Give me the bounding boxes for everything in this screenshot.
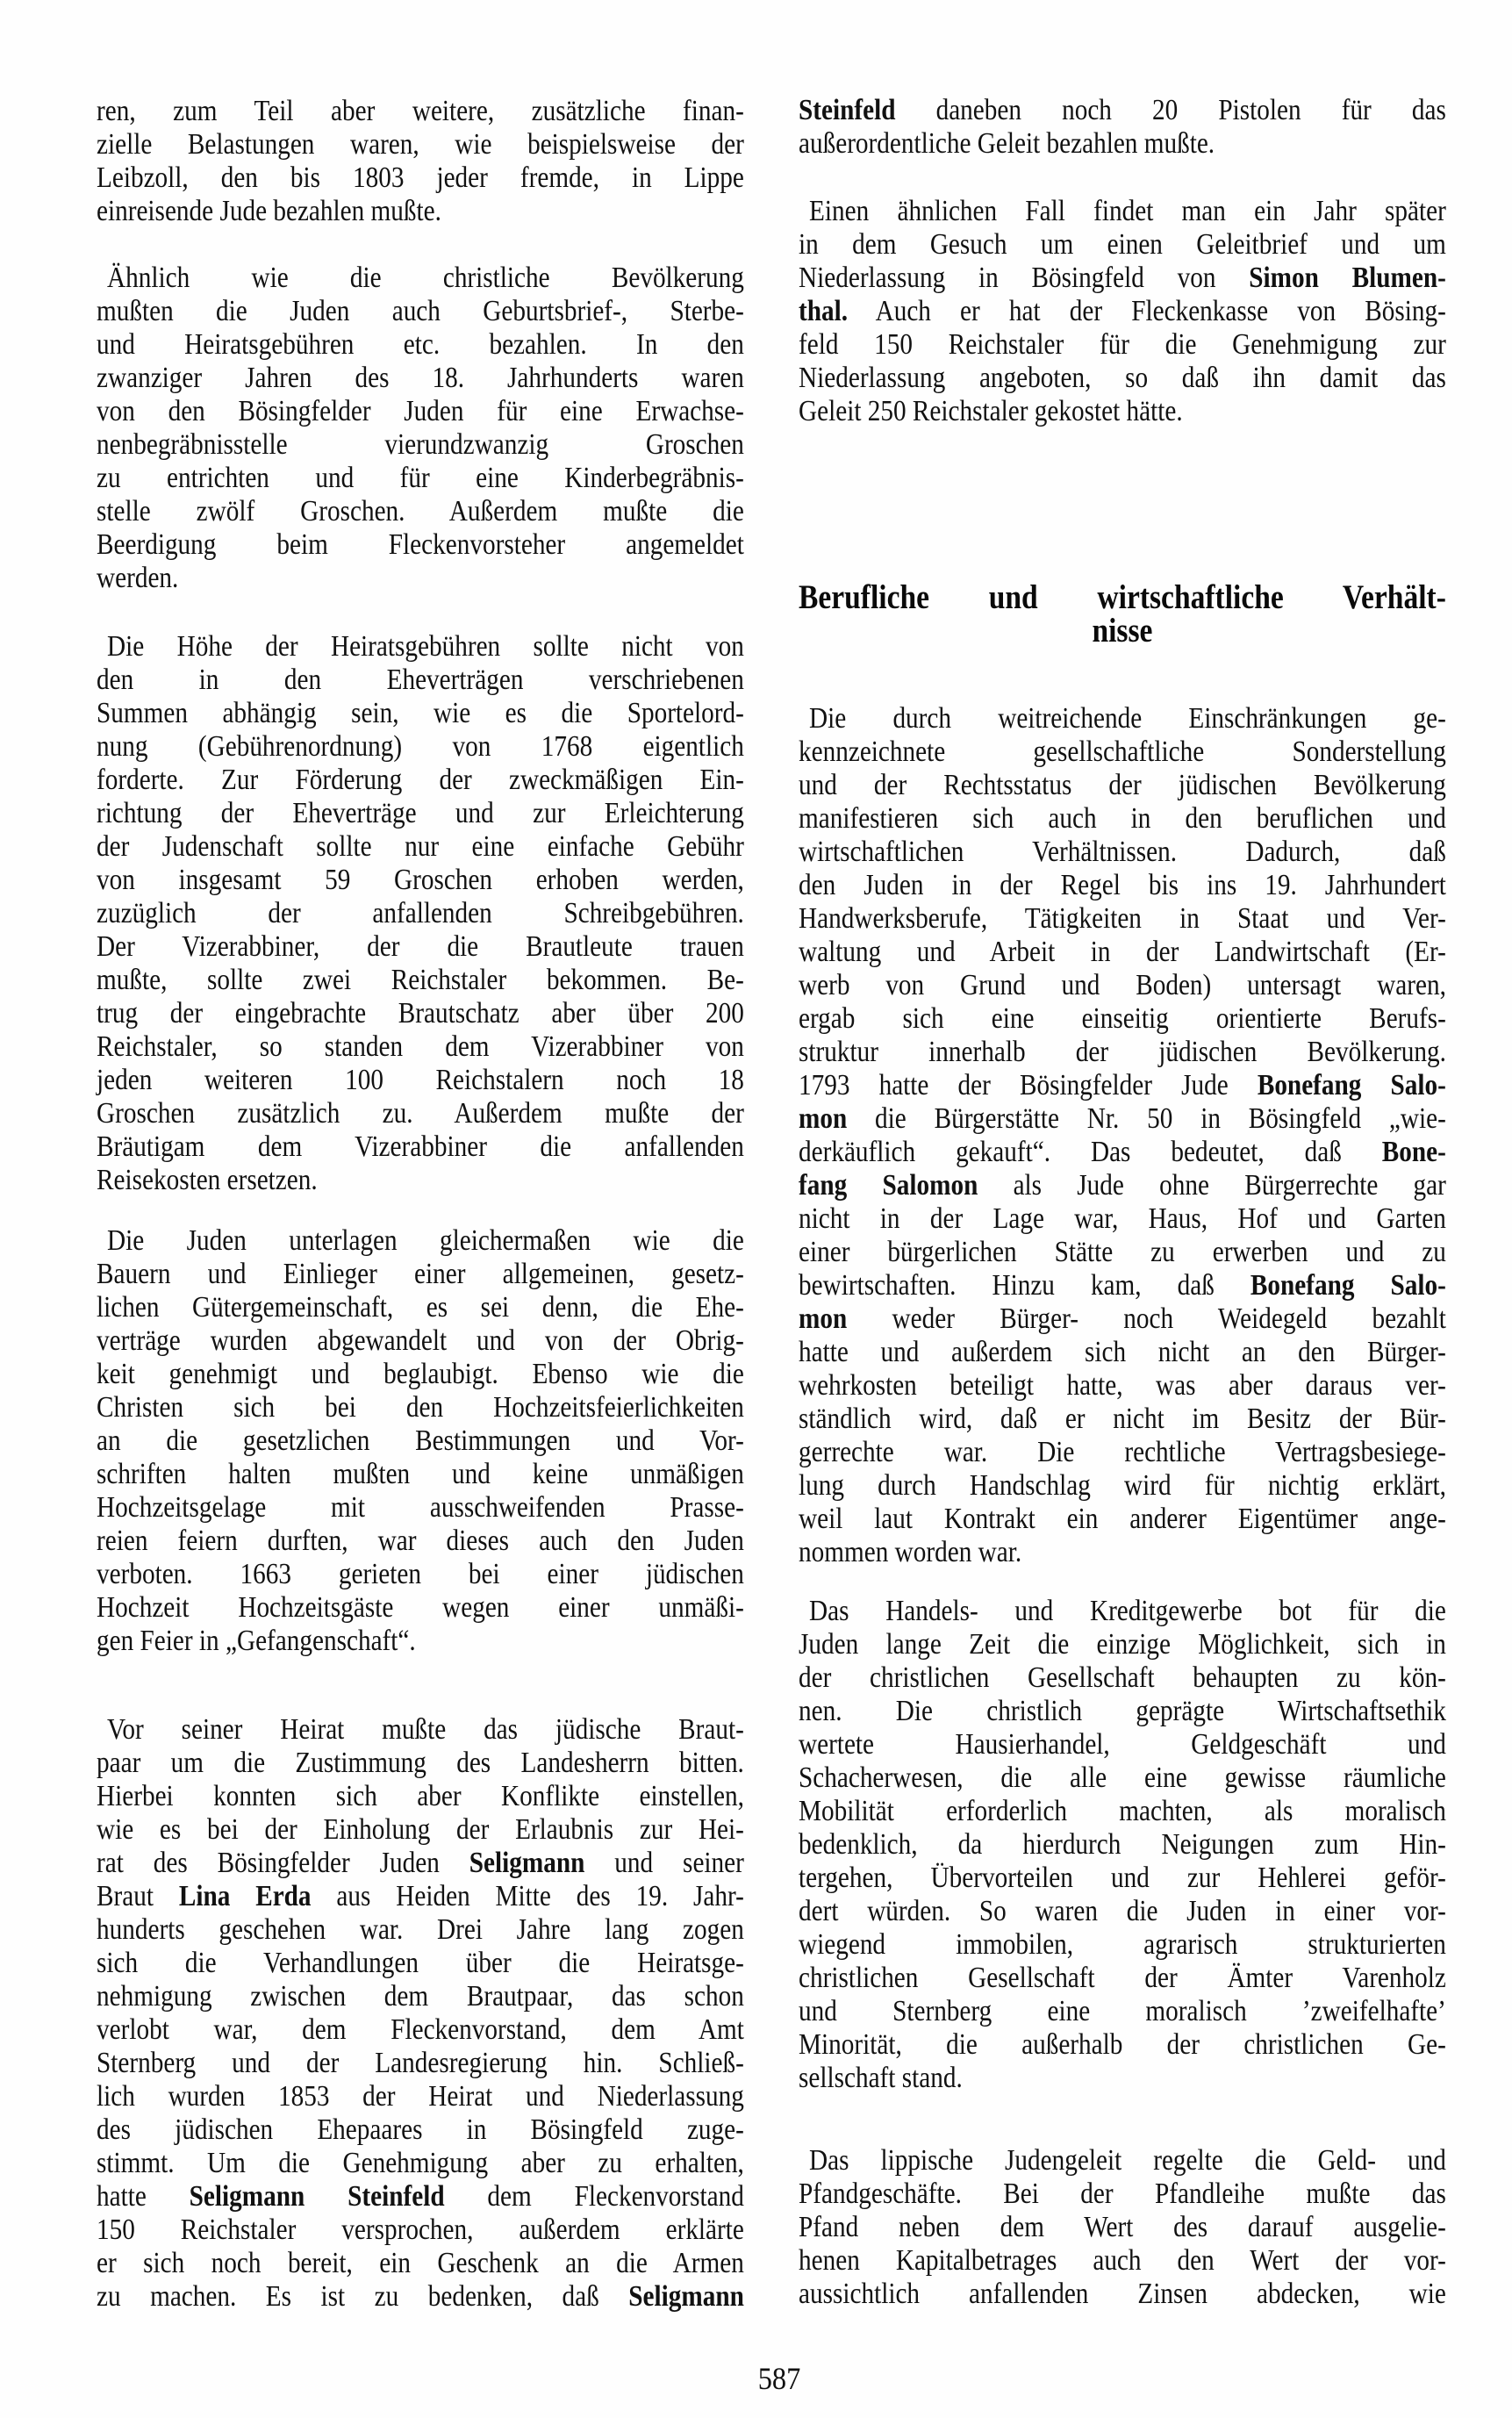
text-line: kennzeichnete gesellschaftliche Sonderst… [799, 735, 1446, 769]
text-segment: der christlichen Gesellschaft behaupten … [799, 1661, 1446, 1694]
text-line: Hochzeit Hochzeitsgäste wegen einer unmä… [97, 1591, 744, 1625]
text-segment: mußte, sollte zwei Reichstaler bekommen.… [97, 964, 744, 996]
text-segment: Bauern und Einlieger einer allgemeinen, … [97, 1258, 744, 1290]
text-segment: manifestieren sich auch in den beruflich… [799, 802, 1446, 835]
text-line: ständlich wird, daß er nicht im Besitz d… [799, 1403, 1446, 1436]
bold-name: thal. [799, 295, 848, 327]
text-segment: von insgesamt 59 Groschen erhoben werden… [97, 864, 744, 896]
text-line: wehrkosten beteiligt hatte, was aber dar… [799, 1369, 1446, 1403]
text-segment: stimmt. Um die Genehmigung aber zu erhal… [97, 2147, 744, 2179]
text-segment: zielle Belastungen waren, wie beispielsw… [97, 128, 744, 161]
text-segment: lichen Gütergemeinschaft, es sei denn, d… [97, 1291, 744, 1324]
text-segment: den in den Eheverträgen verschriebenen [97, 664, 744, 696]
text-line: Ähnlich wie die christliche Bevölkerung [97, 262, 744, 295]
text-segment: Hochzeit Hochzeitsgäste wegen einer unmä… [97, 1591, 744, 1624]
text-line: forderte. Zur Förderung der zweckmäßigen… [97, 764, 744, 797]
bold-name: Bonefang Salo- [1250, 1269, 1446, 1302]
paragraph: Einen ähnlichen Fall findet man ein Jahr… [799, 195, 1446, 428]
text-segment: Hochzeitsgelage mit ausschweifenden Pras… [97, 1491, 744, 1524]
text-line: henen Kapitalbetrages auch den Wert der … [799, 2244, 1446, 2278]
text-segment: Summen abhängig sein, wie es die Sportel… [97, 697, 744, 729]
text-segment: Braut [97, 1880, 179, 1912]
text-line: des jüdischen Ehepaares in Bösingfeld zu… [97, 2113, 744, 2147]
text-line: nenbegräbnisstelle vierundzwanzig Grosch… [97, 428, 744, 462]
text-segment: 150 Reichstaler versprochen, außerdem er… [97, 2214, 744, 2246]
text-segment: Das lippische Judengeleit regelte die Ge… [809, 2144, 1446, 2177]
text-segment: ergab sich eine einseitig orientierte Be… [799, 1002, 1446, 1035]
text-segment: sellschaft stand. [799, 2062, 963, 2094]
text-segment: Christen sich bei den Hochzeitsfeierlich… [97, 1391, 744, 1424]
text-line: er sich noch bereit, ein Geschenk an die… [97, 2247, 744, 2280]
text-segment: verboten. 1663 gerieten bei einer jüdisc… [97, 1558, 744, 1590]
text-segment: mußten die Juden auch Geburtsbrief-, Ste… [97, 295, 744, 327]
bold-name: fang Salomon [799, 1169, 978, 1202]
text-segment: Reisekosten ersetzen. [97, 1164, 318, 1196]
text-line: nicht in der Lage war, Haus, Hof und Gar… [799, 1202, 1446, 1236]
text-line: Steinfeld daneben noch 20 Pistolen für d… [799, 94, 1446, 127]
text-segment: ständlich wird, daß er nicht im Besitz d… [799, 1403, 1446, 1435]
text-segment: weil laut Kontrakt ein anderer Eigentüme… [799, 1503, 1446, 1535]
text-segment: Die durch weitreichende Einschränkungen … [809, 702, 1446, 735]
text-line: Pfandgeschäfte. Bei der Pfandleihe mußte… [799, 2178, 1446, 2211]
text-segment: gerrechte war. Die rechtliche Vertragsbe… [799, 1436, 1446, 1468]
text-segment: jeden weiteren 100 Reichstalern noch 18 [97, 1064, 744, 1096]
paragraph: Die Höhe der Heiratsgebühren sollte nich… [97, 630, 744, 1197]
text-line: stimmt. Um die Genehmigung aber zu erhal… [97, 2147, 744, 2180]
bold-name: Seligmann Steinfeld [190, 2180, 445, 2213]
text-line: verträge wurden abgewandelt und von der … [97, 1324, 744, 1358]
text-segment: Beerdigung beim Fleckenvorsteher angemel… [97, 528, 744, 561]
text-segment: Bräutigam dem Vizerabbiner die anfallend… [97, 1130, 744, 1163]
text-line: werb von Grund und Boden) untersagt ware… [799, 969, 1446, 1002]
text-segment: Die Juden unterlagen gleichermaßen wie d… [107, 1224, 744, 1257]
text-segment: in dem Gesuch um einen Geleitbrief und u… [799, 228, 1446, 261]
text-segment: kennzeichnete gesellschaftliche Sonderst… [799, 735, 1446, 768]
text-segment: von den Bösingfelder Juden für eine Erwa… [97, 395, 744, 427]
text-segment: Ähnlich wie die christliche Bevölkerung [107, 262, 744, 294]
text-segment: Handwerksberufe, Tätigkeiten in Staat un… [799, 902, 1446, 935]
text-line: nung (Gebührenordnung) von 1768 eigentli… [97, 730, 744, 764]
text-line: außerordentliche Geleit bezahlen mußte. [799, 127, 1446, 161]
bold-name: mon [799, 1102, 847, 1135]
text-segment: 1793 hatte der Bösingfelder Jude [799, 1069, 1258, 1101]
text-segment: wiegend immobilen, agrarisch strukturier… [799, 1928, 1446, 1961]
bold-name: Steinfeld [799, 94, 895, 126]
text-line: manifestieren sich auch in den beruflich… [799, 802, 1446, 836]
paragraph: Das Handels- und Kreditgewerbe bot für d… [799, 1595, 1446, 2095]
text-line: Die Juden unterlagen gleichermaßen wie d… [97, 1224, 744, 1258]
text-line: mußte, sollte zwei Reichstaler bekommen.… [97, 964, 744, 997]
text-line: Juden lange Zeit die einzige Möglichkeit… [799, 1628, 1446, 1661]
text-line: Groschen zusätzlich zu. Außerdem mußte d… [97, 1097, 744, 1130]
paragraph: Vor seiner Heirat mußte das jüdische Bra… [97, 1713, 744, 2314]
text-segment: weder Bürger- noch Weidegeld bezahlt [847, 1302, 1446, 1335]
text-segment: außerordentliche Geleit bezahlen mußte. [799, 127, 1215, 160]
text-line: Handwerksberufe, Tätigkeiten in Staat un… [799, 902, 1446, 936]
text-segment: und der Rechtsstatus der jüdischen Bevöl… [799, 769, 1446, 801]
text-segment: Die Höhe der Heiratsgebühren sollte nich… [107, 630, 744, 663]
text-segment: waltung und Arbeit in der Landwirtschaft… [799, 936, 1446, 968]
text-segment: henen Kapitalbetrages auch den Wert der … [799, 2244, 1446, 2277]
text-line: Die Höhe der Heiratsgebühren sollte nich… [97, 630, 744, 664]
text-line: sich die Verhandlungen über die Heiratsg… [97, 1947, 744, 1980]
text-segment: dert würden. So waren die Juden in einer… [799, 1895, 1446, 1927]
text-line: zwanziger Jahren des 18. Jahrhunderts wa… [97, 362, 744, 395]
text-segment: nommen worden war. [799, 1536, 1021, 1568]
text-segment: aussichtlich anfallenden Zinsen abdecken… [799, 2278, 1446, 2310]
text-line: Einen ähnlichen Fall findet man ein Jahr… [799, 195, 1446, 228]
text-segment: zu entrichten und für eine Kinderbegräbn… [97, 462, 744, 494]
text-line: nommen worden war. [799, 1536, 1446, 1569]
text-segment: an die gesetzlichen Bestimmungen und Vor… [97, 1424, 744, 1457]
text-line: verlobt war, dem Fleckenvorstand, dem Am… [97, 2013, 744, 2047]
bold-name: mon [799, 1302, 847, 1335]
text-line: hatte und außerdem sich nicht an den Bür… [799, 1336, 1446, 1369]
text-line: lich wurden 1853 der Heirat und Niederla… [97, 2080, 744, 2113]
text-line: Schacherwesen, die alle eine gewisse räu… [799, 1761, 1446, 1795]
text-segment: als Jude ohne Bürgerrechte gar [978, 1169, 1446, 1202]
text-segment: Vor seiner Heirat mußte das jüdische Bra… [107, 1713, 744, 1746]
section-heading-line-1: Berufliche und wirtschaftliche Verhält- [799, 581, 1446, 614]
text-segment: tergehen, Übervorteilen und zur Hehlerei… [799, 1862, 1446, 1894]
text-segment: verlobt war, dem Fleckenvorstand, dem Am… [97, 2013, 744, 2046]
bold-name: Lina Erda [179, 1880, 312, 1912]
text-segment: ren, zum Teil aber weitere, zusätzliche … [97, 95, 744, 127]
text-line: mußten die Juden auch Geburtsbrief-, Ste… [97, 295, 744, 328]
bold-name: Bone- [1382, 1136, 1446, 1168]
text-segment: Geleit 250 Reichstaler gekostet hätte. [799, 395, 1183, 427]
text-line: keit genehmigt und beglaubigt. Ebenso wi… [97, 1358, 744, 1391]
paragraph: Das lippische Judengeleit regelte die Ge… [799, 2144, 1446, 2311]
text-line: Reichstaler, so standen dem Vizerabbiner… [97, 1030, 744, 1064]
text-segment: nenbegräbnisstelle vierundzwanzig Grosch… [97, 428, 744, 461]
text-segment: feld 150 Reichstaler für die Genehmigung… [799, 328, 1446, 361]
text-segment: Juden lange Zeit die einzige Möglichkeit… [799, 1628, 1446, 1661]
text-line: dert würden. So waren die Juden in einer… [799, 1895, 1446, 1928]
text-line: ergab sich eine einseitig orientierte Be… [799, 1002, 1446, 1036]
text-line: reien feiern durften, war dieses auch de… [97, 1525, 744, 1558]
text-line: lung durch Handschlag wird für nichtig e… [799, 1469, 1446, 1503]
text-segment: keit genehmigt und beglaubigt. Ebenso wi… [97, 1358, 744, 1390]
text-segment: hunderts geschehen war. Drei Jahre lang … [97, 1913, 744, 1946]
text-segment: gen Feier in „Gefangenschaft“. [97, 1625, 416, 1657]
text-line: einreisende Jude bezahlen mußte. [97, 195, 744, 228]
text-segment: reien feiern durften, war dieses auch de… [97, 1525, 744, 1557]
text-segment: werden. [97, 562, 178, 594]
text-segment: verträge wurden abgewandelt und von der … [97, 1324, 744, 1357]
text-segment: des jüdischen Ehepaares in Bösingfeld zu… [97, 2113, 744, 2146]
text-line: verboten. 1663 gerieten bei einer jüdisc… [97, 1558, 744, 1591]
paragraph: Steinfeld daneben noch 20 Pistolen für d… [799, 94, 1446, 161]
text-line: wertete Hausierhandel, Geldgeschäft und [799, 1728, 1446, 1761]
text-segment: trug der eingebrachte Brautschatz aber ü… [97, 997, 744, 1030]
text-segment: Pfandgeschäfte. Bei der Pfandleihe mußte… [799, 2178, 1446, 2210]
bold-name: Seligmann [628, 2280, 744, 2313]
text-line: Hochzeitsgelage mit ausschweifenden Pras… [97, 1491, 744, 1525]
text-segment: Der Vizerabbiner, der die Brautleute tra… [97, 930, 744, 963]
text-line: sellschaft stand. [799, 2062, 1446, 2095]
text-line: 150 Reichstaler versprochen, außerdem er… [97, 2214, 744, 2247]
text-line: Summen abhängig sein, wie es die Sportel… [97, 697, 744, 730]
text-segment: Einen ähnlichen Fall findet man ein Jahr… [809, 195, 1446, 227]
text-line: gerrechte war. Die rechtliche Vertragsbe… [799, 1436, 1446, 1469]
text-line: Das Handels- und Kreditgewerbe bot für d… [799, 1595, 1446, 1628]
text-segment: Hierbei konnten sich aber Konflikte eins… [97, 1780, 744, 1812]
text-line: rat des Bösingfelder Juden Seligmann und… [97, 1847, 744, 1880]
text-line: feld 150 Reichstaler für die Genehmigung… [799, 328, 1446, 362]
text-line: mon weder Bürger- noch Weidegeld bezahlt [799, 1302, 1446, 1336]
bold-name: Seligmann [469, 1847, 585, 1879]
text-line: nehmigung zwischen dem Brautpaar, das sc… [97, 1980, 744, 2013]
text-line: Leibzoll, den bis 1803 jeder fremde, in … [97, 161, 744, 195]
text-segment: Mobilität erforderlich machten, als mora… [799, 1795, 1446, 1827]
text-line: Minorität, die außerhalb der christliche… [799, 2028, 1446, 2062]
paragraph: ren, zum Teil aber weitere, zusätzliche … [97, 95, 744, 228]
text-line: schriften halten mußten und keine unmäßi… [97, 1458, 744, 1491]
text-segment: nung (Gebührenordnung) von 1768 eigentli… [97, 730, 744, 763]
text-segment: hatte und außerdem sich nicht an den Bür… [799, 1336, 1446, 1368]
text-line: stelle zwölf Groschen. Außerdem mußte di… [97, 495, 744, 528]
text-line: fang Salomon als Jude ohne Bürgerrechte … [799, 1169, 1446, 1202]
text-line: Sternberg und der Landesregierung hin. S… [97, 2047, 744, 2080]
text-line: der Judenschaft sollte nur eine einfache… [97, 830, 744, 864]
text-line: zu entrichten und für eine Kinderbegräbn… [97, 462, 744, 495]
text-line: wie es bei der Einholung der Erlaubnis z… [97, 1813, 744, 1847]
text-line: tergehen, Übervorteilen und zur Hehlerei… [799, 1862, 1446, 1895]
text-line: Geleit 250 Reichstaler gekostet hätte. [799, 395, 1446, 428]
text-segment: paar um die Zustimmung des Landesherrn b… [97, 1747, 744, 1779]
text-line: lichen Gütergemeinschaft, es sei denn, d… [97, 1291, 744, 1324]
text-line: waltung und Arbeit in der Landwirtschaft… [799, 936, 1446, 969]
text-segment: forderte. Zur Förderung der zweckmäßigen… [97, 764, 744, 796]
text-line: an die gesetzlichen Bestimmungen und Vor… [97, 1424, 744, 1458]
text-segment: lich wurden 1853 der Heirat und Niederla… [97, 2080, 744, 2113]
text-segment: zu machen. Es ist zu bedenken, daß [97, 2280, 628, 2313]
text-segment: Minorität, die außerhalb der christliche… [799, 2028, 1446, 2061]
text-line: Hierbei konnten sich aber Konflikte eins… [97, 1780, 744, 1813]
text-line: Das lippische Judengeleit regelte die Ge… [799, 2144, 1446, 2178]
section-heading-line-2: nisse [799, 614, 1446, 648]
text-segment: dem Fleckenvorstand [445, 2180, 744, 2213]
page-number: 587 [740, 2361, 819, 2396]
text-line: gen Feier in „Gefangenschaft“. [97, 1625, 744, 1658]
text-segment: richtung der Eheverträge und zur Erleich… [97, 797, 744, 829]
text-line: Niederlassung angeboten, so daß ihn dami… [799, 362, 1446, 395]
section-heading: Berufliche und wirtschaftliche Verhält- … [799, 581, 1446, 648]
text-line: von insgesamt 59 Groschen erhoben werden… [97, 864, 744, 897]
text-line: jeden weiteren 100 Reichstalern noch 18 [97, 1064, 744, 1097]
text-segment: rat des Bösingfelder Juden [97, 1847, 469, 1879]
text-segment: und Sternberg eine moralisch ’zweifelhaf… [799, 1995, 1446, 2027]
text-segment: aus Heiden Mitte des 19. Jahr- [312, 1880, 744, 1912]
text-line: weil laut Kontrakt ein anderer Eigentüme… [799, 1503, 1446, 1536]
text-line: aussichtlich anfallenden Zinsen abdecken… [799, 2278, 1446, 2311]
text-segment: den Juden in der Regel bis ins 19. Jahrh… [799, 869, 1446, 901]
text-line: und der Rechtsstatus der jüdischen Bevöl… [799, 769, 1446, 802]
text-line: zuzüglich der anfallenden Schreibgebühre… [97, 897, 744, 930]
text-segment: Schacherwesen, die alle eine gewisse räu… [799, 1761, 1446, 1794]
text-line: der christlichen Gesellschaft behaupten … [799, 1661, 1446, 1695]
text-line: Pfand neben dem Wert des darauf ausgelie… [799, 2211, 1446, 2244]
text-line: hatte Seligmann Steinfeld dem Fleckenvor… [97, 2180, 744, 2214]
text-segment: hatte [97, 2180, 190, 2213]
text-segment: Reichstaler, so standen dem Vizerabbiner… [97, 1030, 744, 1063]
document-page: ren, zum Teil aber weitere, zusätzliche … [0, 0, 1512, 2418]
text-line: Die durch weitreichende Einschränkungen … [799, 702, 1446, 735]
text-segment: schriften halten mußten und keine unmäßi… [97, 1458, 744, 1490]
text-segment: struktur innerhalb der jüdischen Bevölke… [799, 1036, 1446, 1068]
text-line: christlichen Gesellschaft der Ämter Vare… [799, 1962, 1446, 1995]
text-line: Braut Lina Erda aus Heiden Mitte des 19.… [97, 1880, 744, 1913]
text-line: und Heiratsgebühren etc. bezahlen. In de… [97, 328, 744, 362]
text-segment: Das Handels- und Kreditgewerbe bot für d… [809, 1595, 1446, 1627]
text-segment: Auch er hat der Fleckenkasse von Bösing- [848, 295, 1446, 327]
text-line: Vor seiner Heirat mußte das jüdische Bra… [97, 1713, 744, 1747]
text-segment: bewirtschaften. Hinzu kam, daß [799, 1269, 1250, 1302]
text-line: Beerdigung beim Fleckenvorsteher angemel… [97, 528, 744, 562]
text-line: zielle Belastungen waren, wie beispielsw… [97, 128, 744, 161]
text-segment: werb von Grund und Boden) untersagt ware… [799, 969, 1446, 1001]
text-segment: daneben noch 20 Pistolen für das [895, 94, 1445, 126]
text-line: derkäuflich gekauft“. Das bedeutet, daß … [799, 1136, 1446, 1169]
text-segment: der Judenschaft sollte nur eine einfache… [97, 830, 744, 863]
text-line: werden. [97, 562, 744, 595]
text-segment: nehmigung zwischen dem Brautpaar, das sc… [97, 1980, 744, 2013]
text-segment: einreisende Jude bezahlen mußte. [97, 195, 441, 227]
text-line: bedenklich, da hierdurch Neigungen zum H… [799, 1828, 1446, 1862]
paragraph: Die Juden unterlagen gleichermaßen wie d… [97, 1224, 744, 1658]
text-line: Mobilität erforderlich machten, als mora… [799, 1795, 1446, 1828]
text-line: zu machen. Es ist zu bedenken, daß Selig… [97, 2280, 744, 2314]
text-line: Bauern und Einlieger einer allgemeinen, … [97, 1258, 744, 1291]
text-line: wirtschaftlichen Verhältnissen. Dadurch,… [799, 836, 1446, 869]
text-line: Christen sich bei den Hochzeitsfeierlich… [97, 1391, 744, 1424]
text-line: struktur innerhalb der jüdischen Bevölke… [799, 1036, 1446, 1069]
paragraph: Die durch weitreichende Einschränkungen … [799, 702, 1446, 1569]
text-line: Niederlassung in Bösingfeld von Simon Bl… [799, 262, 1446, 295]
text-line: hunderts geschehen war. Drei Jahre lang … [97, 1913, 744, 1947]
text-segment: und seiner [584, 1847, 744, 1879]
text-line: mon die Bürgerstätte Nr. 50 in Bösingfel… [799, 1102, 1446, 1136]
text-line: ren, zum Teil aber weitere, zusätzliche … [97, 95, 744, 128]
text-line: Der Vizerabbiner, der die Brautleute tra… [97, 930, 744, 964]
text-segment: zwanziger Jahren des 18. Jahrhunderts wa… [97, 362, 744, 394]
text-line: Bräutigam dem Vizerabbiner die anfallend… [97, 1130, 744, 1164]
text-segment: er sich noch bereit, ein Geschenk an die… [97, 2247, 744, 2279]
text-segment: wirtschaftlichen Verhältnissen. Dadurch,… [799, 836, 1446, 868]
text-line: richtung der Eheverträge und zur Erleich… [97, 797, 744, 830]
text-segment: nicht in der Lage war, Haus, Hof und Gar… [799, 1202, 1446, 1235]
text-segment: einer bürgerlichen Stätte zu erwerben un… [799, 1236, 1446, 1268]
text-segment: wie es bei der Einholung der Erlaubnis z… [97, 1813, 744, 1846]
text-segment: Leibzoll, den bis 1803 jeder fremde, in … [97, 161, 744, 194]
text-segment: Pfand neben dem Wert des darauf ausgelie… [799, 2211, 1446, 2243]
text-segment: die Bürgerstätte Nr. 50 in Bösingfeld „w… [847, 1102, 1446, 1135]
text-segment: derkäuflich gekauft“. Das bedeutet, daß [799, 1136, 1382, 1168]
text-line: trug der eingebrachte Brautschatz aber ü… [97, 997, 744, 1030]
text-line: einer bürgerlichen Stätte zu erwerben un… [799, 1236, 1446, 1269]
text-segment: bedenklich, da hierdurch Neigungen zum H… [799, 1828, 1446, 1861]
text-segment: nen. Die christlich geprägte Wirtschafts… [799, 1695, 1446, 1727]
text-line: von den Bösingfelder Juden für eine Erwa… [97, 395, 744, 428]
text-line: wiegend immobilen, agrarisch strukturier… [799, 1928, 1446, 1962]
text-segment: sich die Verhandlungen über die Heiratsg… [97, 1947, 744, 1979]
text-segment: zuzüglich der anfallenden Schreibgebühre… [97, 897, 744, 929]
text-segment: Niederlassung angeboten, so daß ihn dami… [799, 362, 1446, 394]
text-line: 1793 hatte der Bösingfelder Jude Bonefan… [799, 1069, 1446, 1102]
text-line: und Sternberg eine moralisch ’zweifelhaf… [799, 1995, 1446, 2028]
text-segment: stelle zwölf Groschen. Außerdem mußte di… [97, 495, 744, 527]
text-line: thal. Auch er hat der Fleckenkasse von B… [799, 295, 1446, 328]
text-segment: lung durch Handschlag wird für nichtig e… [799, 1469, 1446, 1502]
text-segment: wertete Hausierhandel, Geldgeschäft und [799, 1728, 1446, 1761]
text-line: nen. Die christlich geprägte Wirtschafts… [799, 1695, 1446, 1728]
text-line: bewirtschaften. Hinzu kam, daß Bonefang … [799, 1269, 1446, 1302]
text-line: in dem Gesuch um einen Geleitbrief und u… [799, 228, 1446, 262]
text-segment: Sternberg und der Landesregierung hin. S… [97, 2047, 744, 2079]
paragraph: Ähnlich wie die christliche Bevölkerungm… [97, 262, 744, 595]
text-segment: wehrkosten beteiligt hatte, was aber dar… [799, 1369, 1446, 1402]
text-line: Reisekosten ersetzen. [97, 1164, 744, 1197]
text-segment: Groschen zusätzlich zu. Außerdem mußte d… [97, 1097, 744, 1130]
bold-name: Bonefang Salo- [1258, 1069, 1446, 1101]
text-segment: und Heiratsgebühren etc. bezahlen. In de… [97, 328, 744, 361]
text-segment: Niederlassung in Bösingfeld von [799, 262, 1249, 294]
text-line: den in den Eheverträgen verschriebenen [97, 664, 744, 697]
text-line: den Juden in der Regel bis ins 19. Jahrh… [799, 869, 1446, 902]
bold-name: Simon Blumen- [1249, 262, 1446, 294]
text-segment: christlichen Gesellschaft der Ämter Vare… [799, 1962, 1446, 1994]
text-line: paar um die Zustimmung des Landesherrn b… [97, 1747, 744, 1780]
